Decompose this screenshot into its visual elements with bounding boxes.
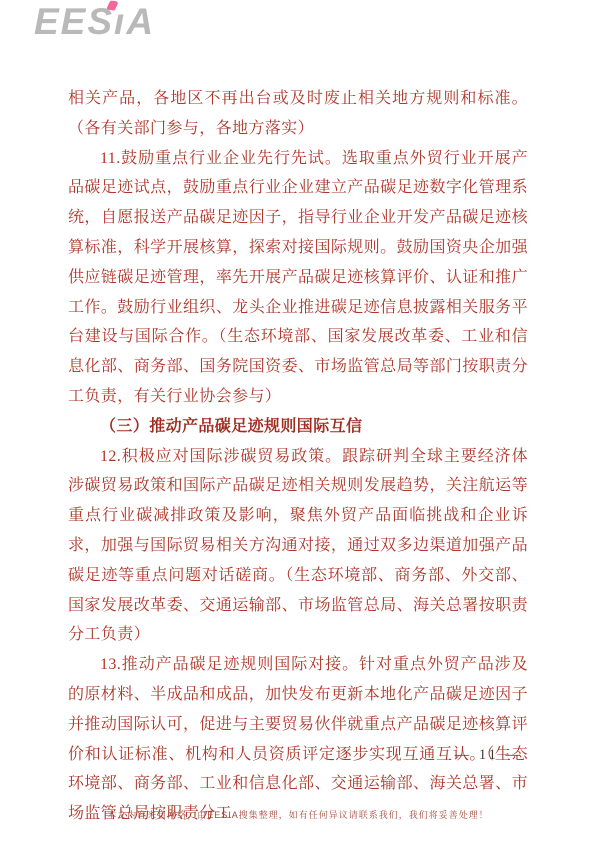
- document-page: EESıA 相关产品，各地区不再出台或及时废止相关地方规则和标准。（各有关部门参…: [0, 0, 596, 842]
- logo-text: EESıA: [34, 1, 155, 42]
- footer-disclaimer: 本文内容来自网络，由EESIA搜集整理，如有任何异议请联系我们，我们将妥善处理！: [0, 808, 596, 821]
- paragraph: 13.推动产品碳足迹规则国际对接。针对重点外贸产品涉及的原材料、半成品和成品，加…: [68, 650, 528, 829]
- section-heading: （三）推动产品碳足迹规则国际互信: [68, 412, 528, 442]
- document-body: 相关产品，各地区不再出台或及时废止相关地方规则和标准。（各有关部门参与，各地方落…: [68, 84, 528, 829]
- page-number: — 11 —: [455, 747, 523, 764]
- paragraph: 11.鼓励重点行业企业先行先试。选取重点外贸行业开展产品碳足迹试点，鼓励重点行业…: [68, 144, 528, 412]
- paragraph: 相关产品，各地区不再出台或及时废止相关地方规则和标准。（各有关部门参与，各地方落…: [68, 84, 528, 144]
- paragraph: 12.积极应对国际涉碳贸易政策。跟踪研判全球主要经济体涉碳贸易政策和国际产品碳足…: [68, 442, 528, 651]
- eesia-logo: EESıA: [34, 2, 155, 46]
